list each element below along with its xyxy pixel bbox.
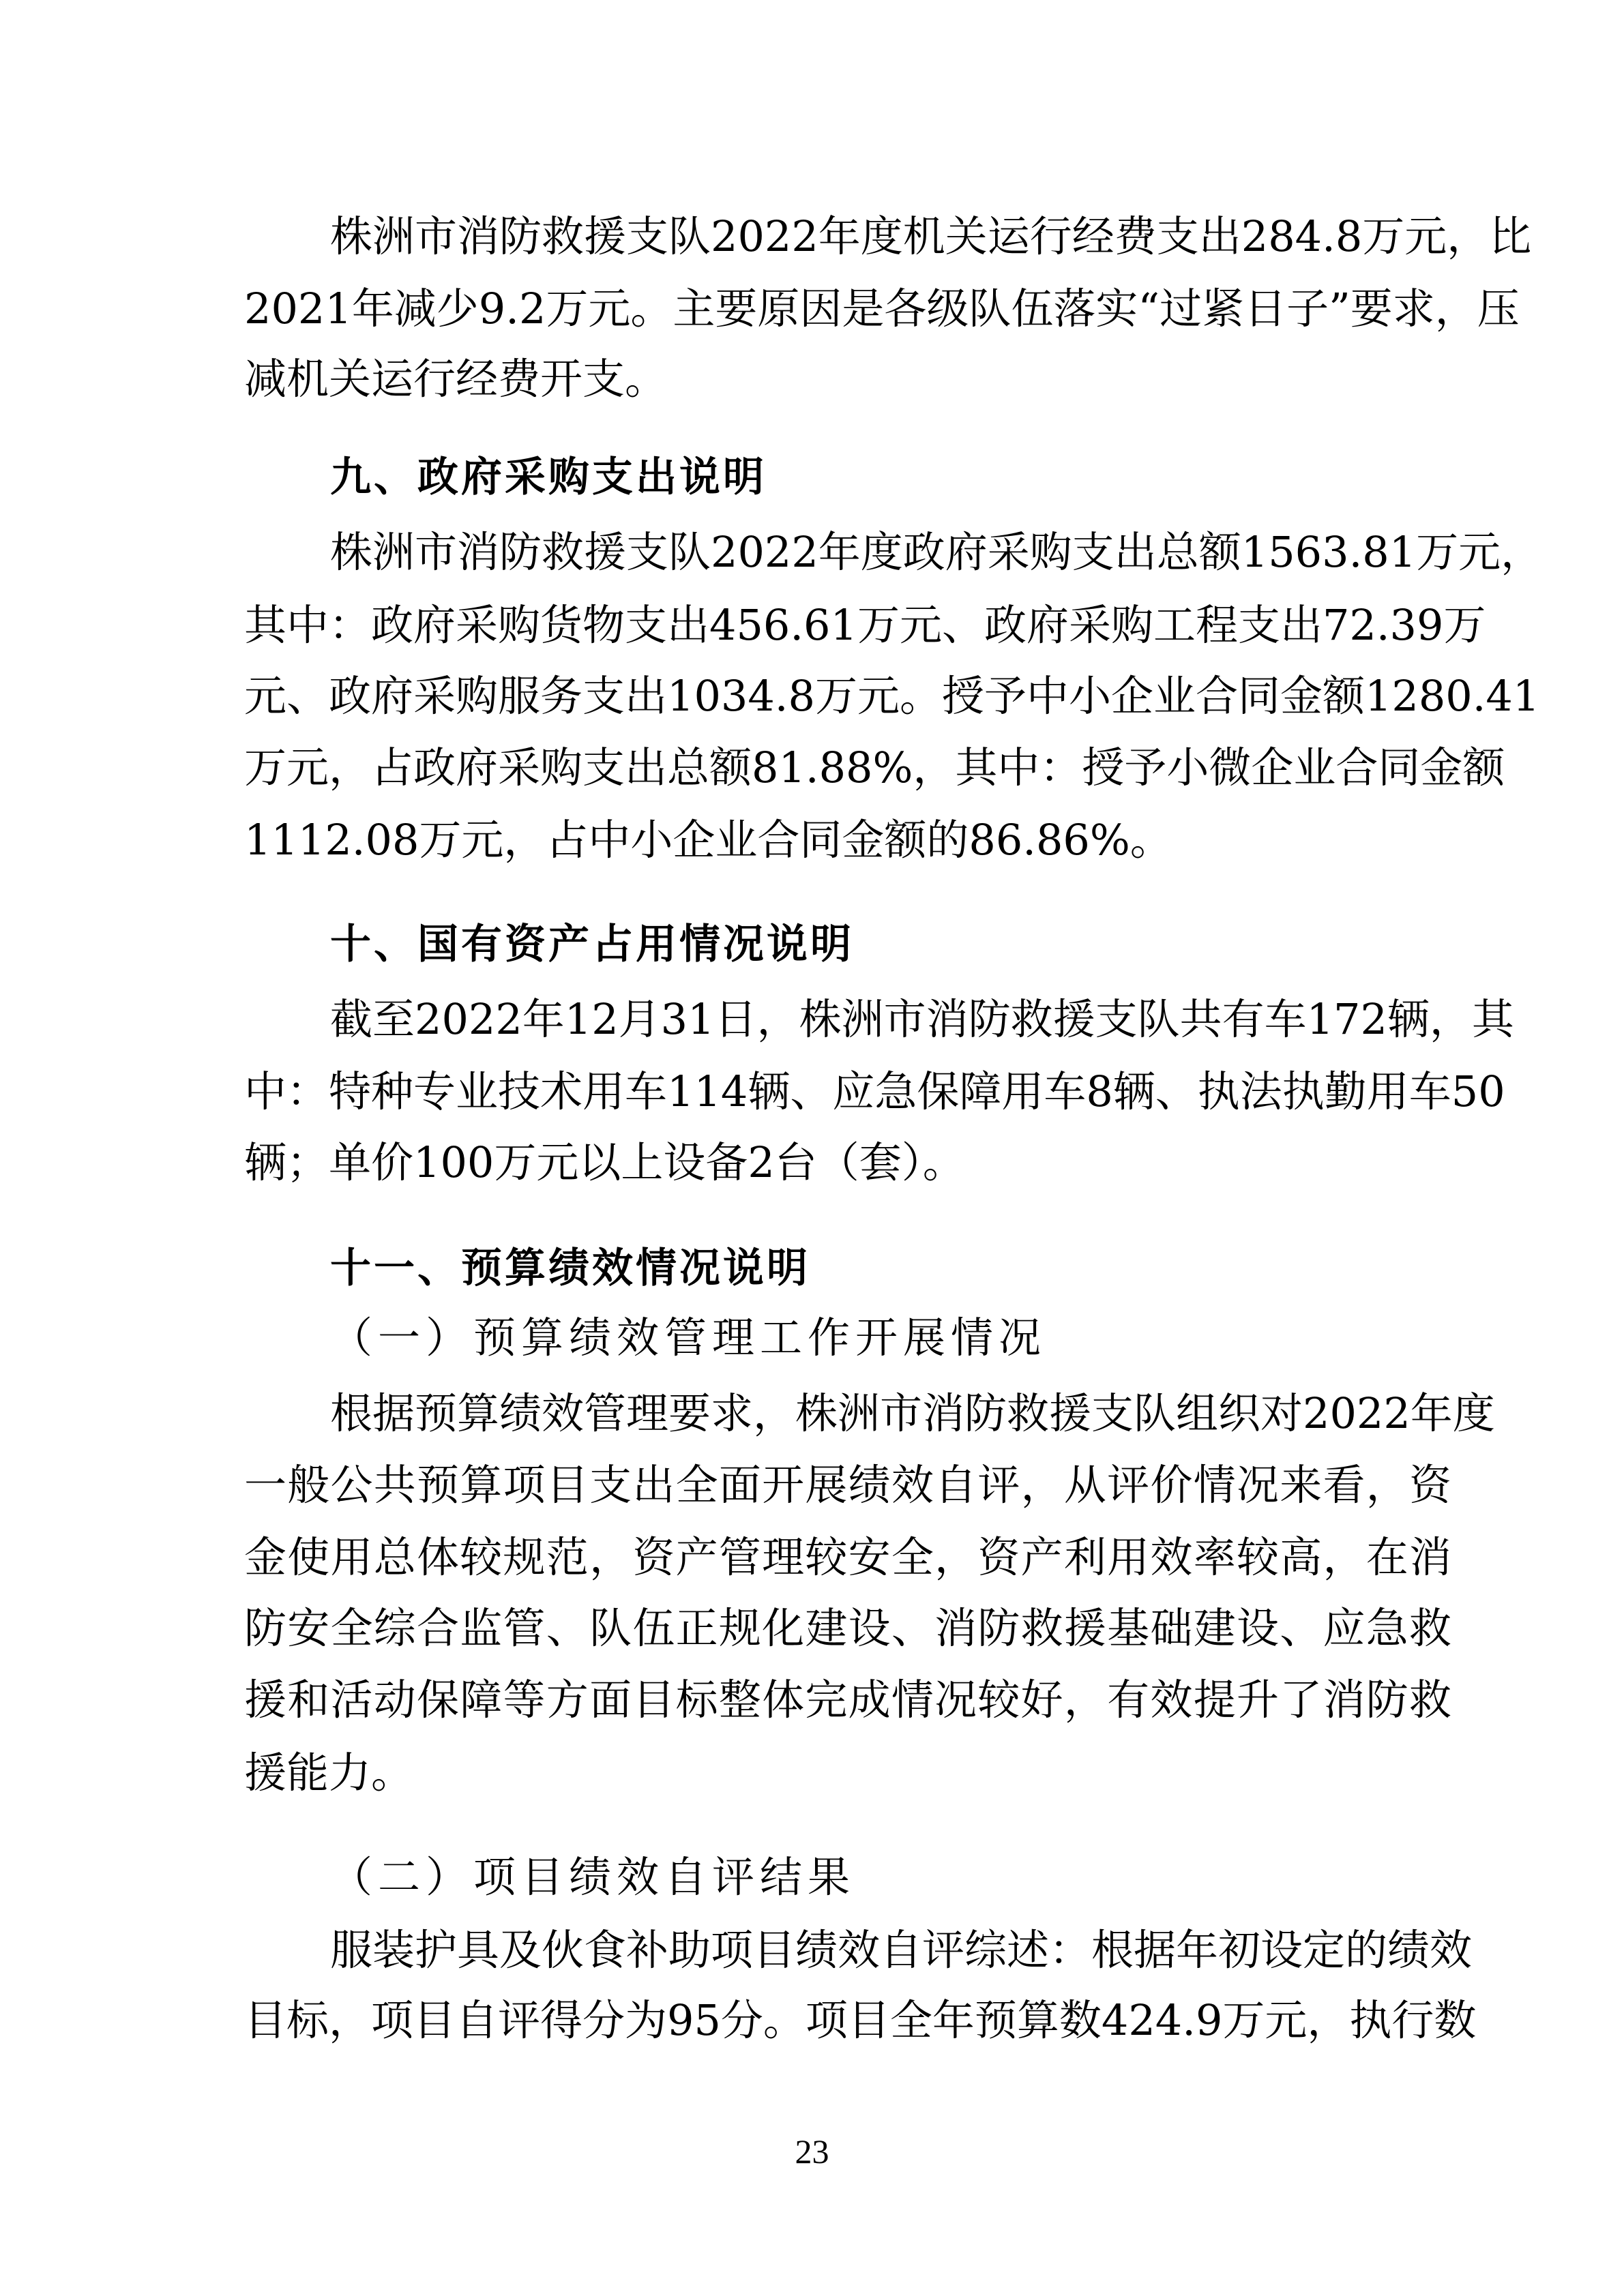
paragraph-line: 根据预算绩效管理要求，株洲市消防救援支队组织对2022年度 — [330, 1386, 1451, 1441]
paragraph-line: 万元，占政府采购支出总额81.88%，其中：授予小微企业合同金额 — [244, 741, 1451, 795]
paragraph-line: 目标，项目自评得分为95分。项目全年预算数424.9万元，执行数 — [244, 1993, 1451, 2048]
paragraph-line: 株洲市消防救援支队2022年度机关运行经费支出284.8万元，比 — [330, 209, 1451, 264]
section-heading-budget-performance: 十一、预算绩效情况说明 — [330, 1241, 810, 1296]
paragraph-line: 服装护具及伙食补助项目绩效自评综述：根据年初设定的绩效 — [330, 1923, 1451, 1978]
subsection-heading-self-evaluation-results: （二）项目绩效自评结果 — [330, 1850, 855, 1905]
paragraph-line: 防安全综合监管、队伍正规化建设、消防救援基础建设、应急救 — [244, 1601, 1451, 1656]
paragraph-line: 中：特种专业技术用车114辆、应急保障用车8辆、执法执勤用车50 — [244, 1064, 1451, 1119]
document-page: 株洲市消防救援支队2022年度机关运行经费支出284.8万元，比 2021年减少… — [0, 0, 1624, 2296]
paragraph-line: 援和活动保障等方面目标整体完成情况较好，有效提升了消防救 — [244, 1673, 1451, 1727]
section-heading-government-procurement: 九、政府采购支出说明 — [330, 450, 767, 505]
paragraph-line: 截至2022年12月31日，株洲市消防救援支队共有车172辆，其 — [330, 992, 1451, 1047]
paragraph-line: 金使用总体较规范，资产管理较安全，资产利用效率较高，在消 — [244, 1530, 1451, 1585]
subsection-heading-performance-management: （一）预算绩效管理工作开展情况 — [330, 1311, 1046, 1365]
paragraph-line: 2021年减少9.2万元。主要原因是各级队伍落实“过紧日子”要求，压 — [244, 282, 1451, 336]
paragraph-line: 一般公共预算项目支出全面开展绩效自评，从评价情况来看，资 — [244, 1458, 1451, 1512]
paragraph-line: 株洲市消防救援支队2022年度政府采购支出总额1563.81万元， — [330, 525, 1451, 580]
page-number: 23 — [0, 2131, 1624, 2172]
paragraph-line: 减机关运行经费开支。 — [244, 352, 1451, 406]
paragraph-line: 援能力。 — [244, 1746, 1451, 1800]
paragraph-line: 元、政府采购服务支出1034.8万元。授予中小企业合同金额1280.41 — [244, 669, 1451, 724]
paragraph-line: 1112.08万元，占中小企业合同金额的86.86%。 — [244, 813, 1451, 867]
section-heading-state-assets: 十、国有资产占用情况说明 — [330, 917, 854, 972]
paragraph-line: 其中：政府采购货物支出456.61万元、政府采购工程支出72.39万 — [244, 598, 1451, 653]
paragraph-line: 辆；单价100万元以上设备2台（套）。 — [244, 1135, 1451, 1190]
